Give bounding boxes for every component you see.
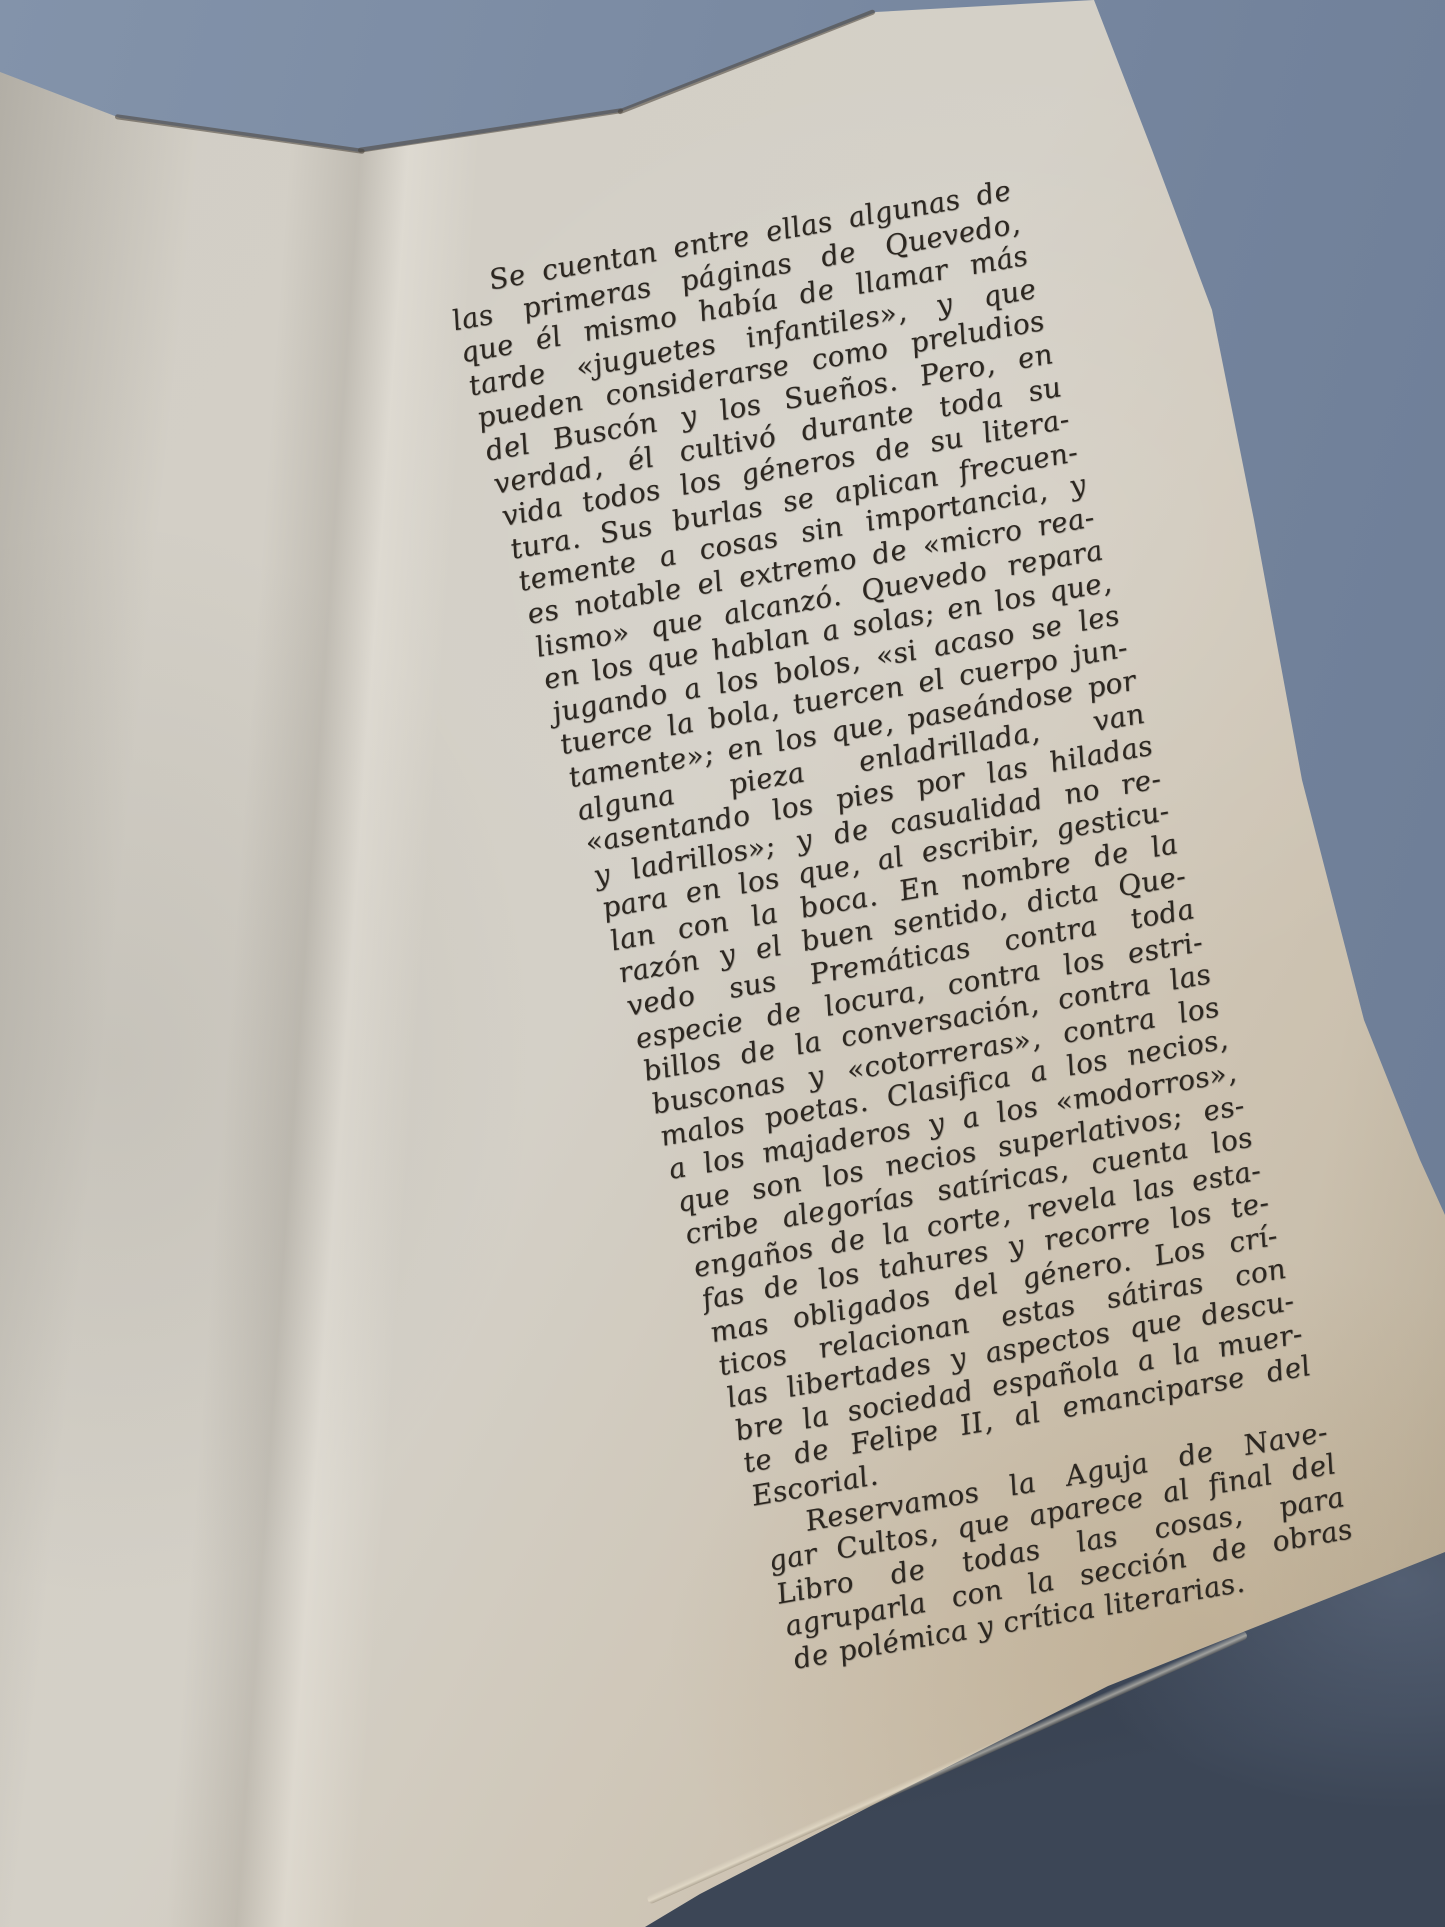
photo-canvas: Se cuentan entre ellas algunas delas pri… <box>0 0 1445 1927</box>
